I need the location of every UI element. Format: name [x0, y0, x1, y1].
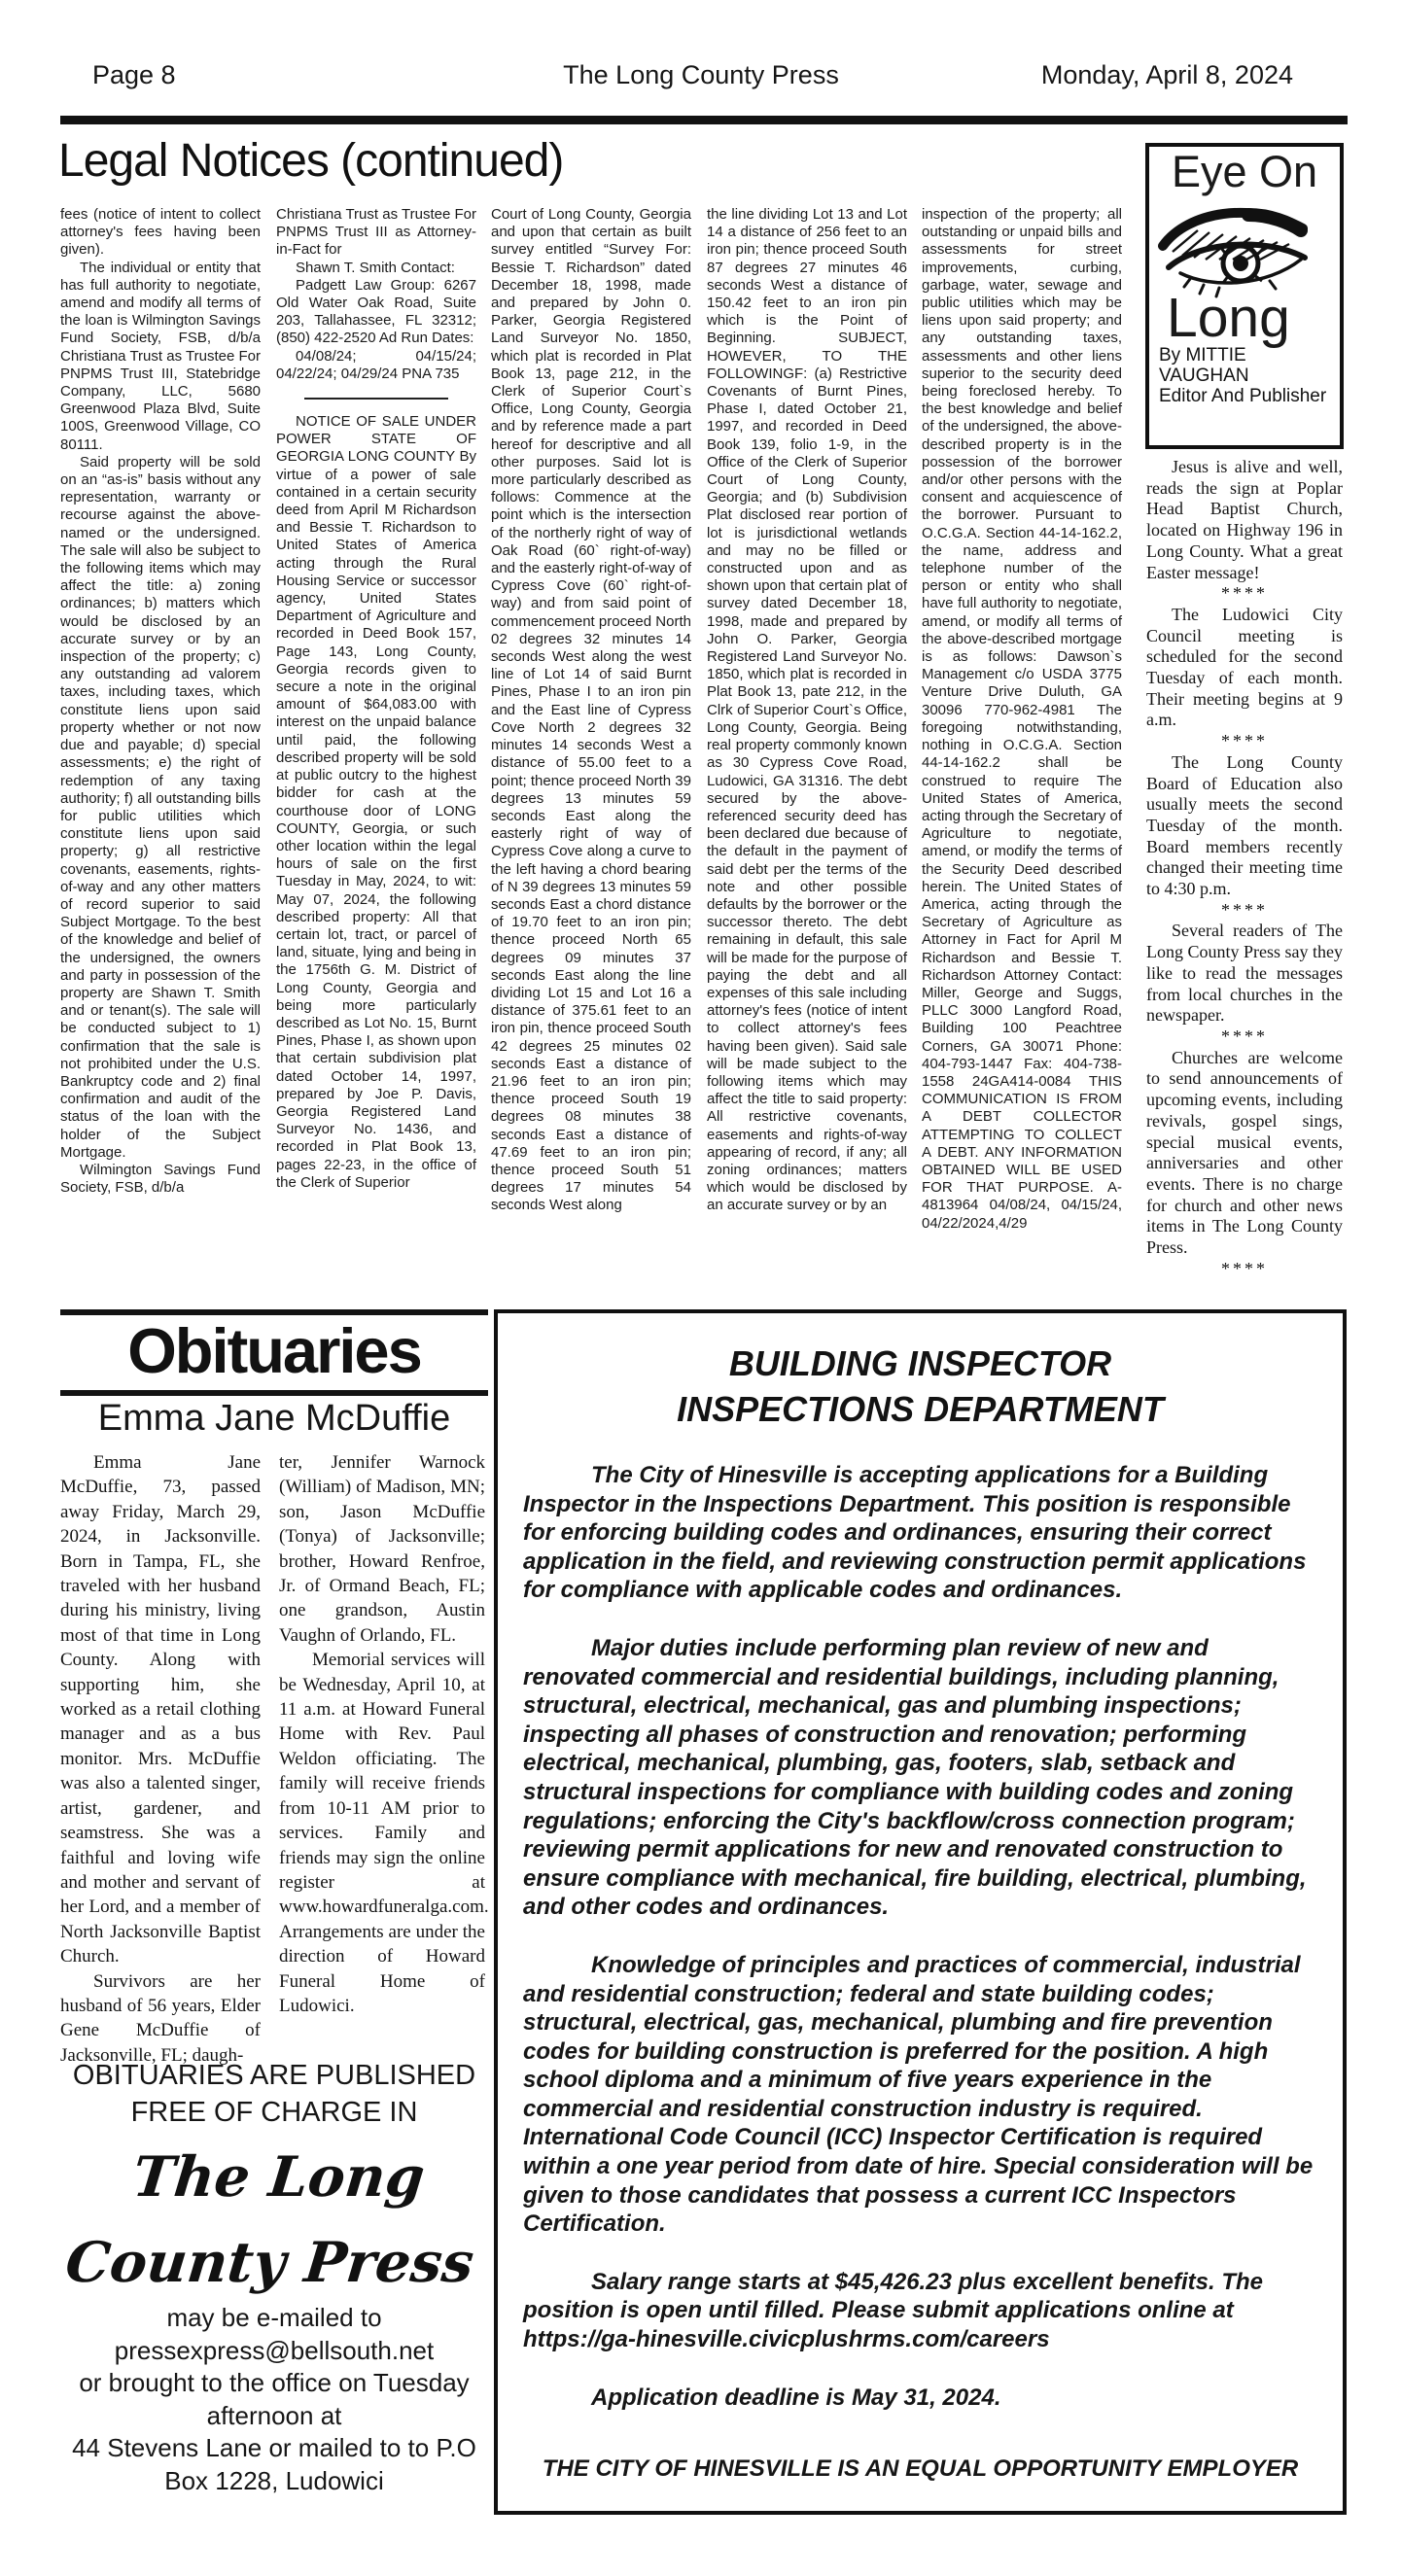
legal-paragraph: Christiana Trust as Trustee For PNPMS Tr… [276, 206, 476, 260]
job-ad-title: BUILDING INSPECTOR INSPECTIONS DEPARTMEN… [523, 1340, 1317, 1432]
legal-column-4: the line dividing Lot 13 and Lot 14 a di… [707, 206, 907, 1215]
eye-on-paragraph: The Ludowici City Council meeting is sch… [1146, 605, 1343, 731]
eye-on-paragraph: The Long County Board of Education also … [1146, 752, 1343, 900]
obituary-column-2: ter, Jennifer Warnock (William) of Madis… [279, 1450, 485, 2018]
legal-paragraph: inspection of the property; all outstand… [922, 206, 1122, 1233]
legal-paragraph: NOTICE OF SALE UNDER POWER STATE OF GEOR… [276, 413, 476, 1192]
legal-paragraph: Wilmington Savings Fund Society, FSB, d/… [60, 1162, 261, 1197]
eye-on-paragraph: Churches are welcome to send announcemen… [1146, 1048, 1343, 1259]
newspaper-page: Page 8 The Long County Press Monday, Apr… [0, 0, 1402, 2576]
legal-paragraph: Said property will be sold on an “as-is”… [60, 454, 261, 1162]
job-ad-paragraph: The City of Hinesville is accepting appl… [523, 1461, 1317, 1605]
legal-paragraph: The individual or entity that has full a… [60, 260, 261, 454]
notice-divider [304, 398, 448, 400]
eye-on-long-title: Long [1167, 291, 1340, 345]
eye-on-title: Eye On [1149, 149, 1340, 195]
building-inspector-ad-box: BUILDING INSPECTOR INSPECTIONS DEPARTMEN… [494, 1309, 1347, 2515]
address-line: may be e-mailed to [49, 2302, 500, 2335]
free-notice-line: OBITUARIES ARE PUBLISHED [60, 2057, 488, 2094]
free-notice-line: FREE OF CHARGE IN [60, 2094, 488, 2131]
paper-name-script: The Long County Press [52, 2135, 497, 2306]
legal-paragraph: fees (notice of intent to collect attorn… [60, 206, 261, 260]
eye-on-long-box: Eye On Long By MITTIE VAUGHAN Editor And… [1145, 143, 1344, 449]
address-line: afternoon at [49, 2400, 500, 2433]
obituary-paragraph: Survivors are her husband of 56 years, E… [60, 1969, 261, 2069]
legal-column-5: inspection of the property; all outstand… [922, 206, 1122, 1233]
eye-on-paragraph: Several readers of The Long County Press… [1146, 921, 1343, 1027]
eye-illustration-icon [1155, 197, 1322, 298]
legal-column-1: fees (notice of intent to collect attorn… [60, 206, 261, 1197]
eye-on-long-column: Jesus is alive and well, reads the sign … [1146, 457, 1343, 1279]
section-separator: **** [1146, 1259, 1343, 1280]
address-line: Box 1228, Ludowici [49, 2465, 500, 2498]
obituaries-heading: Obituaries [60, 1314, 488, 1387]
section-separator: **** [1146, 731, 1343, 752]
obituary-paragraph: Emma Jane McDuffie, 73, passed away Frid… [60, 1450, 261, 1969]
obituaries-free-notice: OBITUARIES ARE PUBLISHED FREE OF CHARGE … [60, 2057, 488, 2131]
job-ad-paragraph: Salary range starts at $45,426.23 plus e… [523, 2268, 1317, 2354]
legal-column-3: Court of Long County, Georgia and upon t… [491, 206, 691, 1215]
eye-on-paragraph: Jesus is alive and well, reads the sign … [1146, 457, 1343, 583]
address-line: pressexpress@bellsouth.net [49, 2335, 500, 2368]
obituary-name: Emma Jane McDuffie [60, 1398, 488, 1440]
section-separator: **** [1146, 900, 1343, 922]
legal-paragraph: Court of Long County, Georgia and upon t… [491, 206, 691, 1215]
header-rule [60, 116, 1348, 124]
legal-paragraph: the line dividing Lot 13 and Lot 14 a di… [707, 206, 907, 1215]
eye-on-byline: By MITTIE VAUGHAN [1159, 345, 1340, 386]
address-line: 44 Stevens Lane or mailed to to P.O [49, 2432, 500, 2465]
legal-paragraph: 04/08/24; 04/15/24; 04/22/24; 04/29/24 P… [276, 348, 476, 383]
job-ad-eoe-statement: THE CITY OF HINESVILLE IS AN EQUAL OPPOR… [523, 2454, 1317, 2484]
submission-instructions: may be e-mailed to pressexpress@bellsout… [49, 2302, 500, 2497]
address-line: or brought to the office on Tuesday [49, 2367, 500, 2400]
obituary-column-1: Emma Jane McDuffie, 73, passed away Frid… [60, 1450, 261, 2068]
job-ad-deadline: Application deadline is May 31, 2024. [523, 2384, 1317, 2413]
job-ad-title-line: INSPECTIONS DEPARTMENT [523, 1386, 1317, 1432]
legal-notices-heading: Legal Notices (continued) [58, 134, 563, 188]
section-separator: **** [1146, 583, 1343, 605]
legal-paragraph: Padgett Law Group: 6267 Old Water Oak Ro… [276, 277, 476, 348]
job-ad-paragraph: Major duties include performing plan rev… [523, 1634, 1317, 1922]
legal-column-2: Christiana Trust as Trustee For PNPMS Tr… [276, 206, 476, 1192]
section-separator: **** [1146, 1027, 1343, 1048]
issue-date: Monday, April 8, 2024 [1041, 60, 1293, 90]
obituary-paragraph: Memorial services will be Wednesday, Apr… [279, 1648, 485, 2018]
job-ad-paragraph: Knowledge of principles and practices of… [523, 1951, 1317, 2239]
job-ad-title-line: BUILDING INSPECTOR [523, 1340, 1317, 1386]
obituaries-bottom-rule [60, 1390, 488, 1396]
paper-name-script-line: The Long [60, 2135, 497, 2220]
paper-name-script-line: County Press [52, 2220, 488, 2306]
obituary-paragraph: ter, Jennifer Warnock (William) of Madis… [279, 1450, 485, 1648]
eye-on-byline-role: Editor And Publisher [1159, 386, 1340, 407]
legal-paragraph: Shawn T. Smith Contact: [276, 260, 476, 277]
